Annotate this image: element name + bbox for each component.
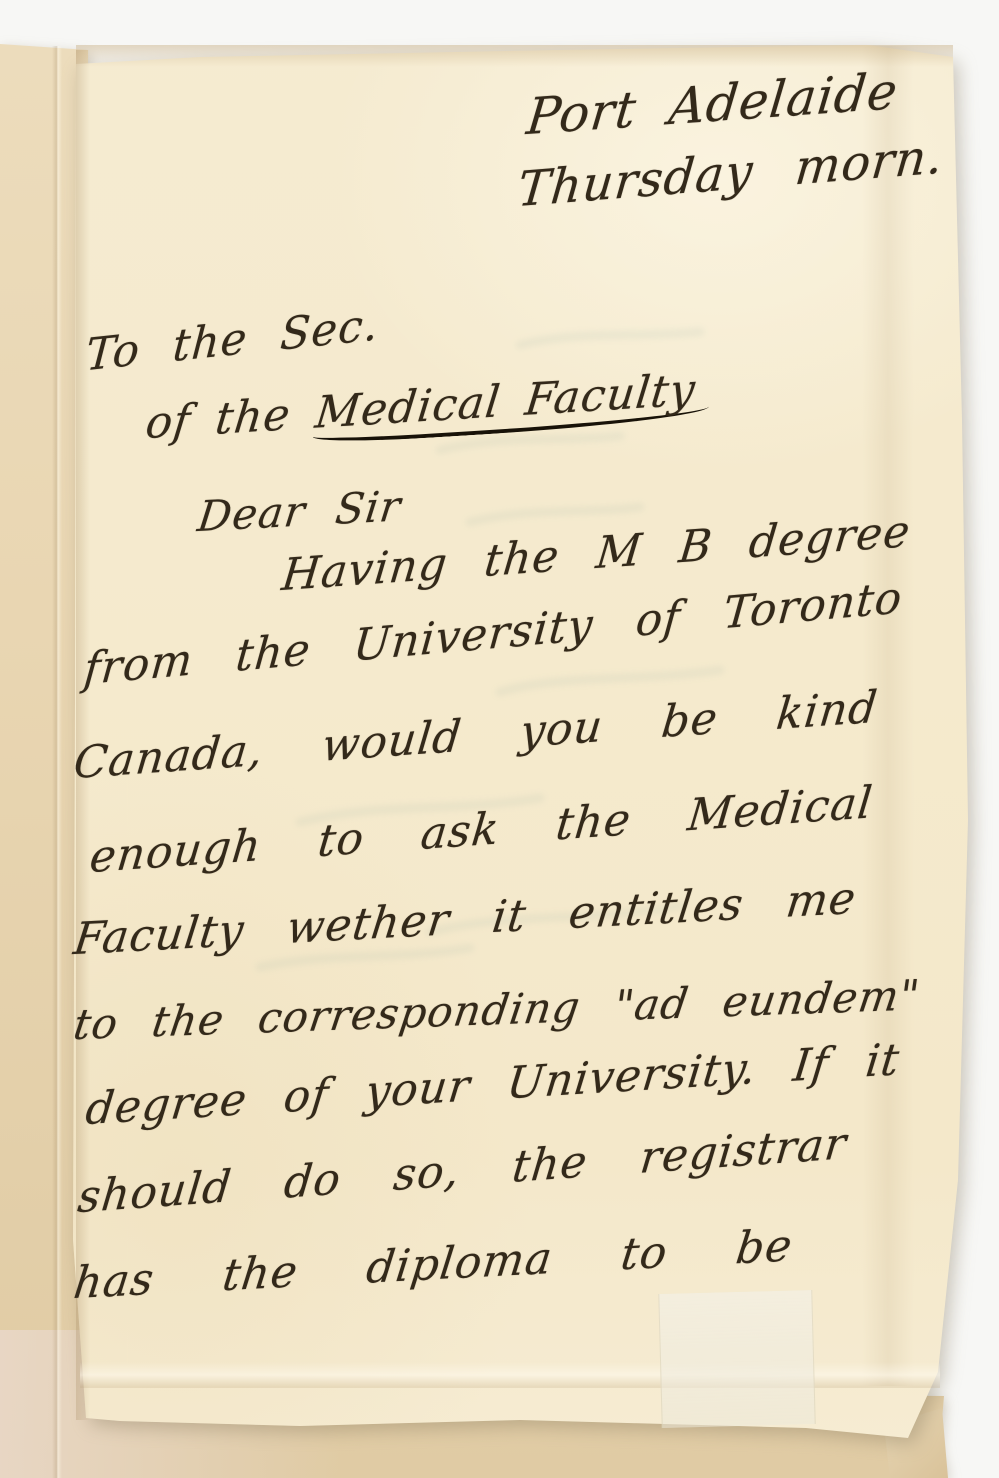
recipient-line-2-prefix: of the: [143, 389, 293, 449]
scanned-letter: Port Adelaide Thursday morn. To the Sec.…: [0, 0, 999, 1478]
